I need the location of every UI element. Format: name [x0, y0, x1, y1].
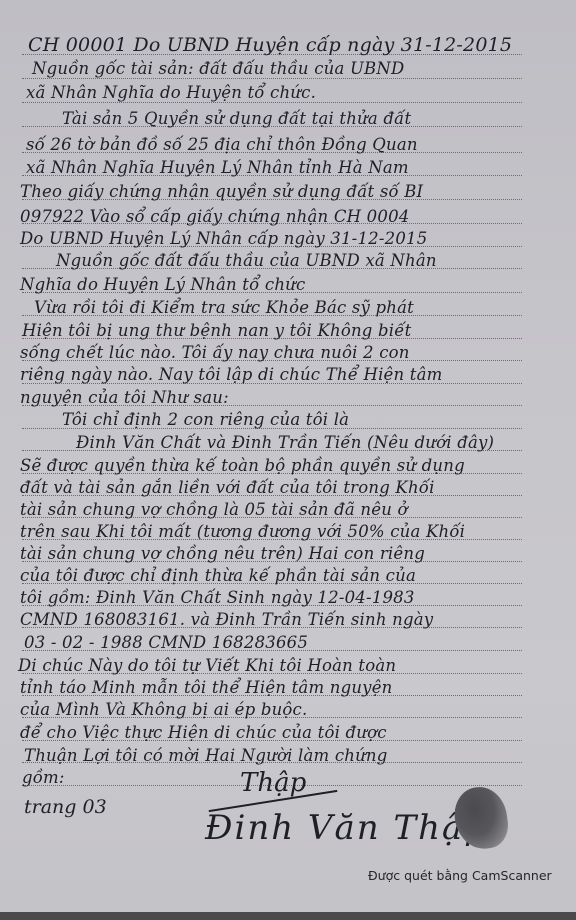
text-line: xã Nhân Nghĩa Huyện Lý Nhân tỉnh Hà Nam	[26, 158, 576, 177]
text-line: của Mình Và Không bị ai ép buộc.	[20, 700, 576, 719]
text-line: tôi gồm: Đinh Văn Chất Sinh ngày 12-04-1…	[20, 588, 576, 607]
text-line: Nguồn gốc tài sản: đất đấu thầu của UBND	[32, 59, 576, 78]
text-line: xã Nhân Nghĩa do Huyện tổ chức.	[26, 83, 576, 102]
text-line: Sẽ được quyền thừa kế toàn bộ phần quyền…	[20, 456, 576, 475]
text-line: của tôi được chỉ định thừa kế phần tài s…	[20, 566, 576, 585]
text-line: Thuận Lợi tôi có mời Hai Người làm chứng	[24, 746, 576, 765]
text-line: tỉnh táo Minh mẫn tôi thể Hiện tâm nguyệ…	[20, 678, 576, 697]
text-line: Tài sản 5 Quyền sử dụng đất tại thửa đất	[62, 109, 576, 128]
text-line: Nguồn gốc đất đấu thầu của UBND xã Nhân	[56, 251, 576, 270]
text-line: CMND 168083161. và Đinh Trần Tiến sinh n…	[20, 610, 576, 629]
text-line: Di chúc Này do tôi tự Viết Khi tôi Hoàn …	[18, 656, 576, 675]
signature-full-name: Đinh Văn Thập	[205, 808, 488, 848]
ruled-line	[22, 78, 522, 79]
text-line: Vừa rồi tôi đi Kiểm tra sức Khỏe Bác sỹ …	[34, 298, 576, 317]
text-line: riêng ngày nào. Nay tôi lập di chúc Thể …	[20, 365, 576, 384]
text-line: CH 00001 Do UBND Huyện cấp ngày 31-12-20…	[28, 34, 576, 56]
scanned-page: CH 00001 Do UBND Huyện cấp ngày 31-12-20…	[0, 0, 576, 912]
text-line: nguyện của tôi Như sau:	[20, 388, 576, 407]
text-line: sống chết lúc nào. Tôi ấy nay chưa nuôi …	[20, 343, 576, 362]
page-bottom-edge	[0, 912, 576, 920]
text-line: đất và tài sản gắn liền với đất của tôi …	[20, 478, 576, 497]
page-number-label: trang 03	[24, 796, 107, 818]
text-line: 097922 Vào sổ cấp giấy chứng nhận CH 000…	[20, 207, 576, 226]
text-line: Tôi chỉ định 2 con riêng của tôi là	[62, 410, 576, 429]
ruled-line	[22, 102, 522, 103]
signature-initial: Thập	[240, 768, 306, 798]
text-line: tài sản chung vợ chồng là 05 tài sản đã …	[20, 500, 576, 519]
text-line: tài sản chung vợ chồng nêu trên) Hai con…	[20, 544, 576, 563]
text-line: Hiện tôi bị ung thư bệnh nan y tôi Không…	[22, 321, 576, 340]
text-line: Theo giấy chứng nhận quyền sử dụng đất s…	[20, 182, 576, 201]
text-line: số 26 tờ bản đồ số 25 địa chỉ thôn Đồng …	[26, 135, 576, 154]
text-line: Do UBND Huyện Lý Nhân cấp ngày 31-12-201…	[20, 229, 576, 248]
scanner-watermark: Được quét bằng CamScanner	[368, 868, 552, 883]
text-line: 03 - 02 - 1988 CMND 168283665	[24, 633, 576, 652]
text-line: trên sau Khi tôi mất (tương đương với 50…	[20, 522, 576, 541]
text-line: để cho Việc thực Hiện di chúc của tôi đư…	[20, 723, 576, 742]
text-line: Nghĩa do Huyện Lý Nhân tổ chức	[20, 275, 576, 294]
text-line: Đinh Văn Chất và Đinh Trần Tiến (Nêu dướ…	[76, 433, 576, 452]
